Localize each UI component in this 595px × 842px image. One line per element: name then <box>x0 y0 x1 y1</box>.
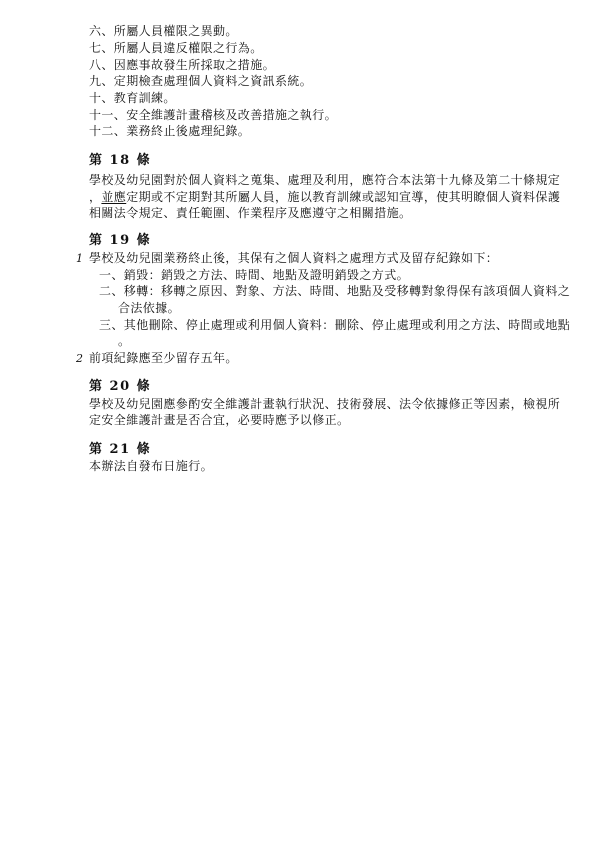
list-item-12: 十二、業務終止後處理紀錄。 <box>89 124 250 138</box>
article-19-paragraph-2: 前項紀錄應至少留存五年。 <box>89 351 238 365</box>
article-20-line-2: 定安全維護計畫是否合宜，必要時應予以修正。 <box>89 413 349 427</box>
list-item-9: 九、定期檢查處理個人資料之資訊系統。 <box>89 74 312 88</box>
list-item-7: 七、所屬人員違反權限之行為。 <box>89 41 263 55</box>
document-page: 六、所屬人員權限之異動。 七、所屬人員違反權限之行為。 八、因應事故發生所採取之… <box>0 0 595 842</box>
article-19-paragraph-1-number: 1 <box>76 252 83 265</box>
article-18-line-2: ，並應定期或不定期對其所屬人員，施以教育訓練或認知宣導，使其明瞭個人資料保護 <box>89 190 560 204</box>
list-item-8: 八、因應事故發生所採取之措施。 <box>89 58 275 72</box>
article-19-paragraph-1: 學校及幼兒園業務終止後，其保有之個人資料之處理方式及留存紀錄如下： <box>89 251 498 265</box>
article-19-heading: 第 19 條 <box>89 229 151 248</box>
list-item-10: 十、教育訓練。 <box>89 91 176 105</box>
article-19-item-2-line-2: 合法依據。 <box>118 301 180 315</box>
article-20-line-1: 學校及幼兒園應參酌安全維護計畫執行狀況、技術發展、法令依據修正等因素，檢視所 <box>89 397 560 411</box>
article-19-item-3-line-2: 。 <box>118 334 130 348</box>
article-19-item-3-line-1: 三、其他刪除、停止處理或利用個人資料：刪除、停止處理或利用之方法、時間或地點 <box>99 318 570 332</box>
article-18-line-3: 相關法令規定、責任範圍、作業程序及應遵守之相關措施。 <box>89 206 411 220</box>
article-18-line-2-rest: 定期或不定期對其所屬人員，施以教育訓練或認知宣導，使其明瞭個人資料保護 <box>126 190 560 204</box>
article-18-line-1: 學校及幼兒園對於個人資料之蒐集、處理及利用，應符合本法第十九條及第二十條規定 <box>89 173 560 187</box>
article-18-line-2-underlined-text: 並應 <box>101 190 126 204</box>
article-19-paragraph-2-number: 2 <box>76 352 83 365</box>
article-19-item-1: 一、銷毀：銷毀之方法、時間、地點及證明銷毀之方式。 <box>99 268 409 282</box>
article-19-item-2-line-1: 二、移轉：移轉之原因、對象、方法、時間、地點及受移轉對象得保有該項個人資料之 <box>99 284 570 298</box>
article-21-line-1: 本辦法自發布日施行。 <box>89 459 213 473</box>
article-18-line-2-prefix: ， <box>89 190 101 204</box>
list-item-11: 十一、安全維護計畫稽核及改善措施之執行。 <box>89 108 337 122</box>
article-21-heading: 第 21 條 <box>89 438 151 457</box>
article-20-heading: 第 20 條 <box>89 375 151 394</box>
list-item-6: 六、所屬人員權限之異動。 <box>89 24 238 38</box>
article-18-heading: 第 18 條 <box>89 149 151 168</box>
